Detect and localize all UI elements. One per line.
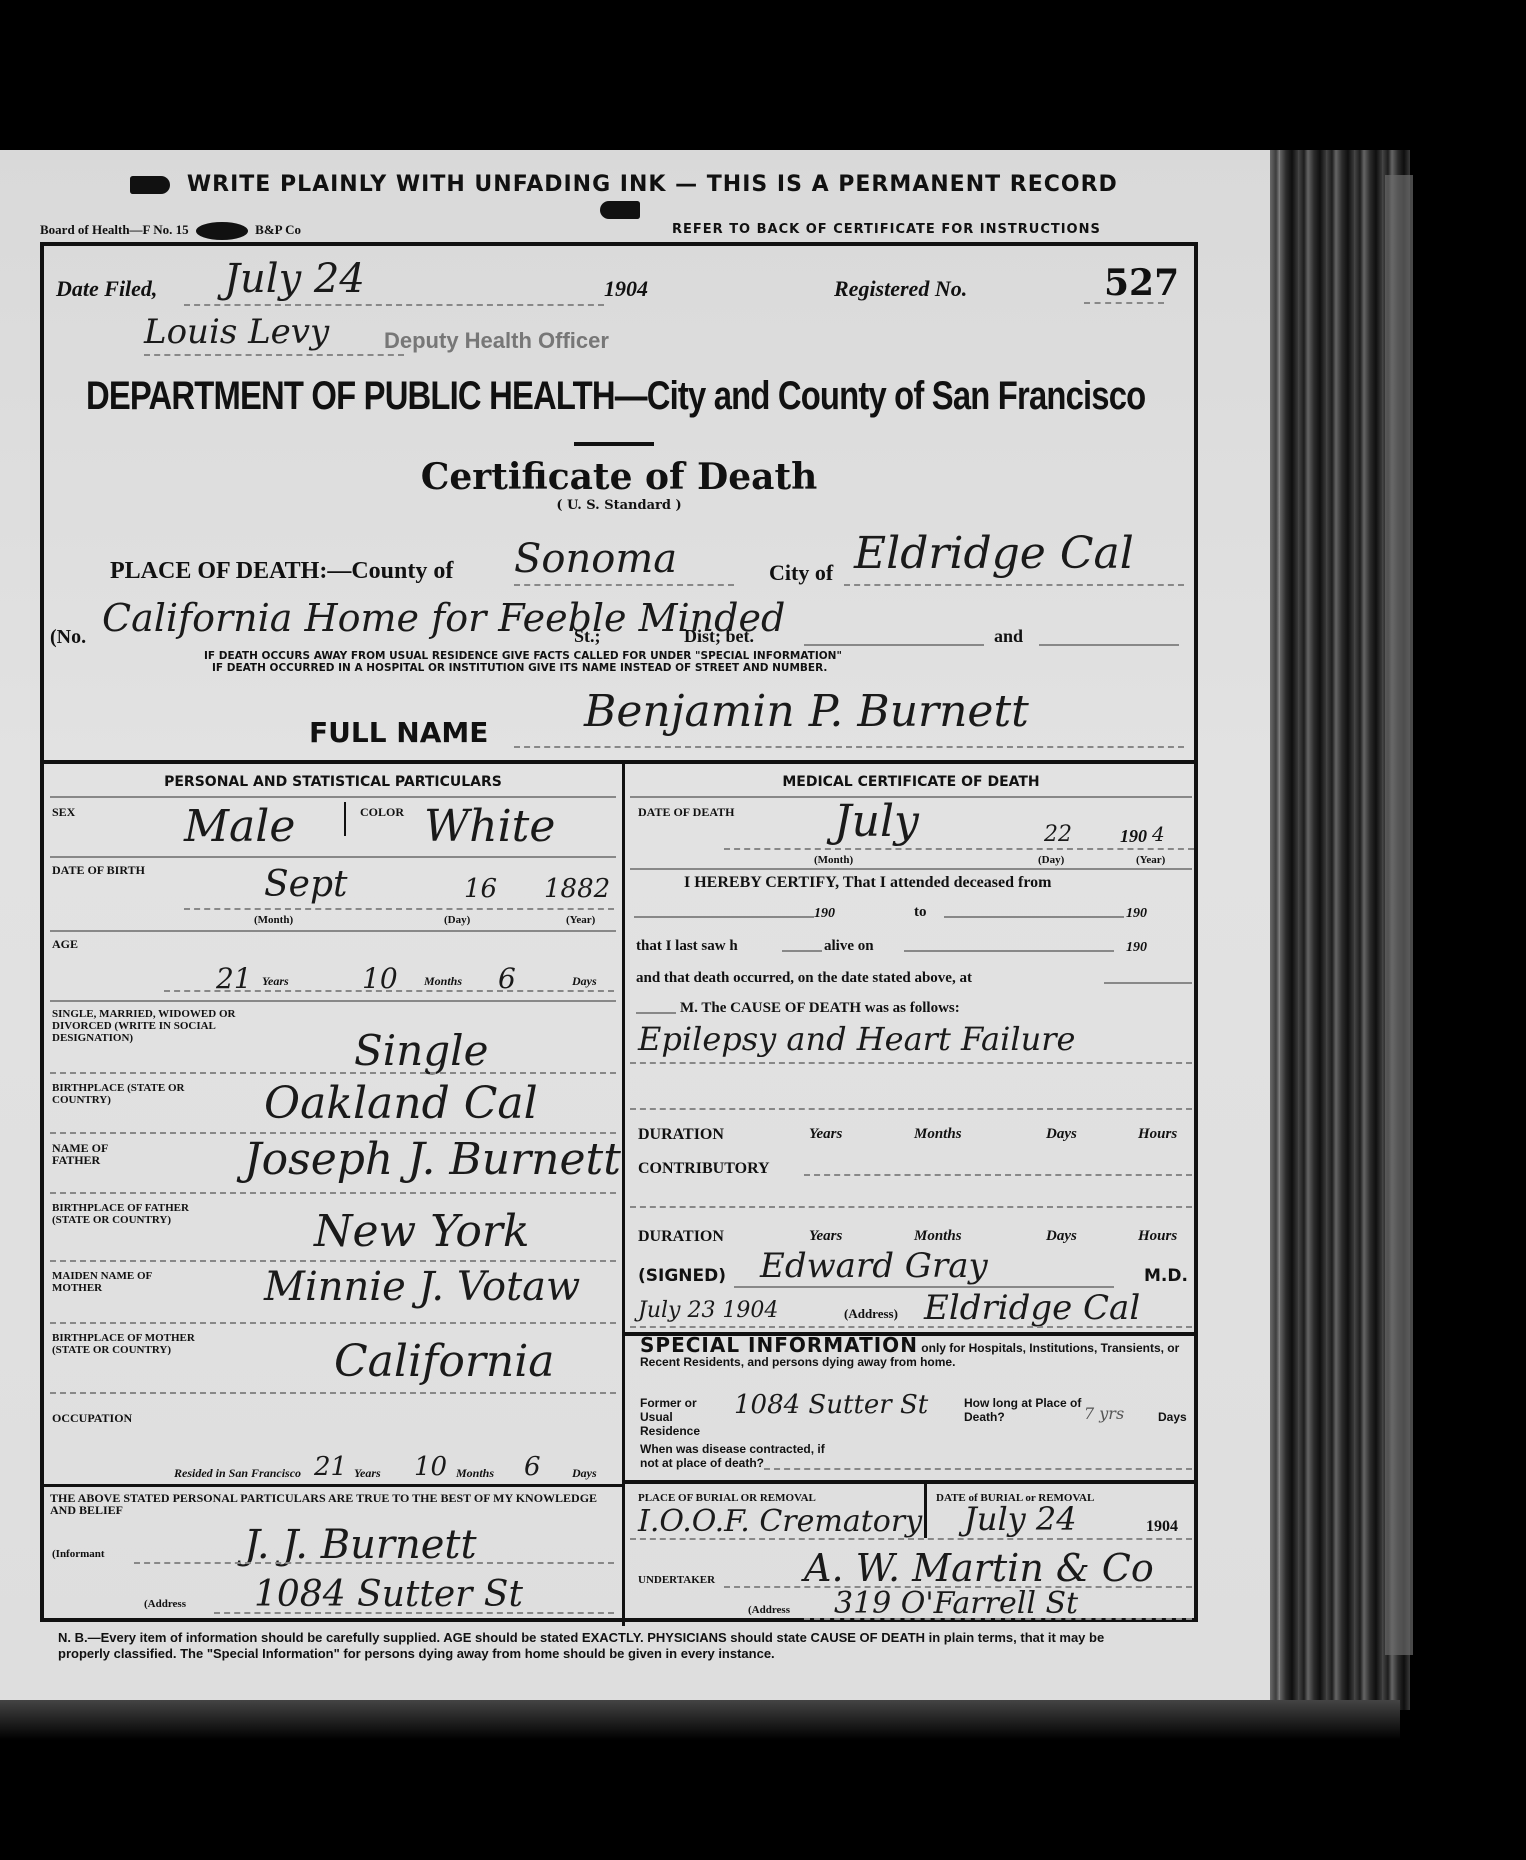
contributory-line-2 <box>630 1206 1192 1208</box>
cause-label: M. The CAUSE OF DEATH was as follows: <box>680 1000 960 1017</box>
district-line <box>804 644 984 646</box>
street-no-label: (No. <box>50 626 86 649</box>
officer-line <box>144 354 404 356</box>
undertaker-address-label: (Address <box>748 1604 790 1616</box>
dod-year-caption: (Year) <box>1136 854 1165 866</box>
rule <box>50 856 616 858</box>
residence-note-line1: IF DEATH OCCURS AWAY FROM USUAL RESIDENC… <box>204 650 842 662</box>
mother-label: MAIDEN NAME OF MOTHER <box>52 1270 202 1294</box>
undertaker-label: UNDERTAKER <box>638 1574 715 1586</box>
resided-months-caption: Months <box>456 1466 494 1481</box>
and-label: and <box>994 626 1023 647</box>
informant-line <box>134 1562 614 1564</box>
father-value: Joseph J. Burnett <box>244 1134 621 1185</box>
age-days-caption: Days <box>572 974 597 989</box>
burial-divider <box>924 1484 927 1538</box>
rule <box>50 1392 616 1394</box>
sex-label: SEX <box>52 806 75 818</box>
union-seal-icon <box>196 222 248 240</box>
from-line <box>634 916 814 918</box>
county-line <box>514 584 734 586</box>
city-label: City of <box>769 560 833 586</box>
rule <box>625 1480 1196 1484</box>
city-value: Eldridge Cal <box>854 528 1134 579</box>
rule <box>44 1484 622 1487</box>
rule <box>630 1326 1192 1328</box>
dod-day: 22 <box>1044 822 1072 847</box>
officer-title: Deputy Health Officer <box>384 328 609 354</box>
marital-value: Single <box>354 1026 488 1075</box>
dob-year-caption: (Year) <box>566 914 595 926</box>
district-label: Dist; bet. <box>684 626 754 647</box>
certificate-frame: Date Filed, July 24 1904 Registered No. … <box>40 242 1198 1622</box>
age-months-caption: Months <box>424 974 462 989</box>
dob-line <box>184 908 614 910</box>
dob-year: 1882 <box>544 874 610 904</box>
color-value: White <box>424 801 555 852</box>
mother-value: Minnie J. Votaw <box>264 1264 580 1310</box>
former-residence-label: Former or Usual Residence <box>640 1396 730 1438</box>
special-heading-block: SPECIAL INFORMATION only for Hospitals, … <box>640 1338 1190 1369</box>
dod-line <box>724 848 1194 850</box>
date-filed-year: 1904 <box>604 276 648 302</box>
duration2-days: Days <box>1046 1228 1077 1245</box>
color-label: COLOR <box>360 806 404 818</box>
rule <box>50 1192 616 1194</box>
full-name-value: Benjamin P. Burnett <box>584 686 1029 737</box>
sex-color-divider <box>344 802 346 836</box>
rule <box>50 796 616 798</box>
age-years-caption: Years <box>262 974 289 989</box>
resided-months: 10 <box>414 1452 447 1482</box>
special-heading: SPECIAL INFORMATION <box>640 1333 918 1357</box>
form-id-text: Board of Health—F No. 15 <box>40 222 189 237</box>
dob-month-caption: (Month) <box>254 914 293 926</box>
burial-place-label: PLACE OF BURIAL OR REMOVAL <box>638 1492 816 1504</box>
to-line <box>944 916 1124 918</box>
mother-birthplace-value: California <box>334 1336 555 1387</box>
dob-day: 16 <box>464 874 497 904</box>
pointing-hand-icon <box>600 201 640 219</box>
cause-line-2 <box>630 1108 1192 1110</box>
how-long-label: How long at Place of Death? <box>964 1396 1084 1424</box>
signed-date: July 23 1904 <box>638 1298 778 1323</box>
resided-label: Resided in San Francisco <box>174 1466 301 1481</box>
alive-on-line <box>904 950 1114 952</box>
page-shadow <box>0 1700 1400 1740</box>
rule <box>630 1538 1192 1540</box>
former-residence-value: 1084 Sutter St <box>734 1390 928 1420</box>
contributory-line <box>804 1174 1192 1176</box>
standard-subtitle: ( U. S. Standard ) <box>44 498 1194 513</box>
duration2-months: Months <box>914 1228 962 1245</box>
burial-year-value: 1904 <box>1146 1518 1178 1536</box>
duration2-label: DURATION <box>638 1228 724 1246</box>
father-birthplace-value: New York <box>314 1206 530 1257</box>
signed-label: (SIGNED) <box>638 1266 726 1286</box>
father-birthplace-label: BIRTHPLACE OF FATHER (State or Country) <box>52 1202 202 1226</box>
undertaker-address-value: 319 O'Farrell St <box>834 1586 1078 1621</box>
registered-no-line <box>1084 302 1164 304</box>
rule <box>50 930 616 932</box>
and-line <box>1039 644 1179 646</box>
contributory-label: CONTRIBUTORY <box>638 1160 770 1178</box>
dod-day-caption: (Day) <box>1038 854 1064 866</box>
md-label: M.D. <box>1144 1266 1188 1286</box>
place-of-death-label: PLACE OF DEATH:—County of <box>110 558 453 585</box>
alive-on-text: alive on <box>824 938 874 955</box>
father-label: NAME OF FATHER <box>52 1142 142 1166</box>
registered-no-label: Registered No. <box>834 276 967 302</box>
institution-value: California Home for Feeble Minded <box>102 596 785 640</box>
marital-label: SINGLE, MARRIED, WIDOWED OR DIVORCED (Wr… <box>52 1008 252 1044</box>
title-divider <box>574 442 654 446</box>
physician-signature: Edward Gray <box>760 1246 988 1286</box>
dob-month: Sept <box>264 864 347 905</box>
duration-days: Days <box>1046 1126 1077 1143</box>
cause-value: Epilepsy and Heart Failure <box>638 1020 1075 1058</box>
duration-label: DURATION <box>638 1126 724 1144</box>
undertaker-value: A. W. Martin & Co <box>804 1546 1154 1590</box>
duration2-years: Years <box>809 1228 842 1245</box>
dod-month: July <box>834 796 919 847</box>
department-title: DEPARTMENT OF PUBLIC HEALTH—City and Cou… <box>86 374 988 419</box>
duration2-hours: Hours <box>1138 1228 1177 1245</box>
sex-value: Male <box>184 801 295 852</box>
section-divider <box>44 760 1196 764</box>
personal-heading: PERSONAL AND STATISTICAL PARTICULARS <box>44 774 622 790</box>
contracted-line <box>764 1468 1192 1470</box>
pronoun-line <box>782 950 822 952</box>
rule <box>50 1260 616 1262</box>
informant-label: (Informant <box>52 1548 105 1560</box>
city-line <box>844 584 1184 586</box>
occupation-label: OCCUPATION <box>52 1412 132 1424</box>
cause-line-1 <box>630 1062 1192 1064</box>
attestation-text: THE ABOVE STATED PERSONAL PARTICULARS AR… <box>50 1492 610 1516</box>
registered-no-value: 527 <box>1104 262 1179 304</box>
birthplace-value: Oakland Cal <box>264 1078 538 1129</box>
pointing-hand-icon <box>130 176 170 194</box>
informant-address-value: 1084 Sutter St <box>254 1574 523 1615</box>
informant-address-label: (Address <box>144 1598 186 1610</box>
certify-text: I HEREBY CERTIFY, That I attended deceas… <box>684 874 1051 892</box>
dob-label: DATE OF BIRTH <box>52 864 145 876</box>
contracted-label: When was disease contracted, if not at p… <box>640 1442 840 1470</box>
birthplace-label: BIRTHPLACE (State or Country) <box>52 1082 202 1106</box>
footnote: N. B.—Every item of information should b… <box>58 1630 1118 1662</box>
rule <box>50 1000 616 1002</box>
alive-year: 190 <box>1126 940 1147 956</box>
to-year: 190 <box>1126 906 1147 922</box>
hour-line <box>1104 982 1192 984</box>
date-filed-value: July 24 <box>224 256 365 302</box>
date-filed-label: Date Filed, <box>56 276 157 302</box>
dod-label: DATE OF DEATH <box>638 806 734 818</box>
age-label: AGE <box>52 938 78 950</box>
resided-years: 21 <box>314 1452 347 1482</box>
resided-days: 6 <box>524 1452 541 1482</box>
informant-address-line <box>214 1612 614 1614</box>
officer-signature: Louis Levy <box>144 312 329 352</box>
to-label: to <box>914 904 927 921</box>
date-filed-line <box>184 304 604 306</box>
burial-place-value: I.O.O.F. Crematory <box>638 1504 922 1539</box>
physician-address-value: Eldridge Cal <box>924 1288 1140 1328</box>
residence-note-line2: IF DEATH OCCURRED IN A HOSPITAL OR INSTI… <box>204 662 842 674</box>
county-value: Sonoma <box>514 536 677 582</box>
physician-address-label: (Address) <box>844 1308 898 1320</box>
full-name-line <box>514 746 1184 748</box>
meridiem-line <box>636 1012 676 1014</box>
dod-month-caption: (Month) <box>814 854 853 866</box>
from-year: 190 <box>814 906 835 922</box>
banner-text: WRITE PLAINLY WITH UNFADING INK — THIS I… <box>187 172 1118 197</box>
printer-text: B&P Co <box>255 222 301 237</box>
dod-year-suffix: 4 <box>1152 822 1165 846</box>
burial-date-value: July 24 <box>964 1500 1077 1538</box>
last-saw-text: that I last saw h <box>636 938 738 955</box>
duration-hours: Hours <box>1138 1126 1177 1143</box>
certificate-title: Certificate of Death <box>44 456 1194 498</box>
book-spine-edge <box>1385 175 1413 1655</box>
rule <box>630 868 1192 870</box>
death-occurred-text: and that death occurred, on the date sta… <box>636 970 972 987</box>
street-label: St.; <box>574 626 601 647</box>
duration-years: Years <box>809 1126 842 1143</box>
form-id: Board of Health—F No. 15 B&P Co <box>40 222 301 240</box>
rule <box>50 1072 616 1074</box>
dob-day-caption: (Day) <box>444 914 470 926</box>
resided-years-caption: Years <box>354 1466 381 1481</box>
residence-note: IF DEATH OCCURS AWAY FROM USUAL RESIDENC… <box>204 650 842 674</box>
medical-heading: MEDICAL CERTIFICATE OF DEATH <box>625 774 1197 790</box>
how-long-value: 7 yrs <box>1084 1404 1124 1423</box>
rule <box>50 1322 616 1324</box>
undertaker-address-line <box>804 1618 1192 1620</box>
dod-year-prefix: 190 <box>1120 826 1147 847</box>
duration-months: Months <box>914 1126 962 1143</box>
header-banner: WRITE PLAINLY WITH UNFADING INK — THIS I… <box>90 172 1150 222</box>
age-line <box>164 990 614 992</box>
how-long-days-label: Days <box>1158 1410 1187 1424</box>
full-name-label: FULL NAME <box>309 716 488 749</box>
column-divider <box>622 760 625 1626</box>
instructions-note: REFER TO BACK OF CERTIFICATE FOR INSTRUC… <box>672 222 1101 237</box>
resided-days-caption: Days <box>572 1466 597 1481</box>
mother-birthplace-label: BIRTHPLACE OF MOTHER (State or Country) <box>52 1332 202 1356</box>
